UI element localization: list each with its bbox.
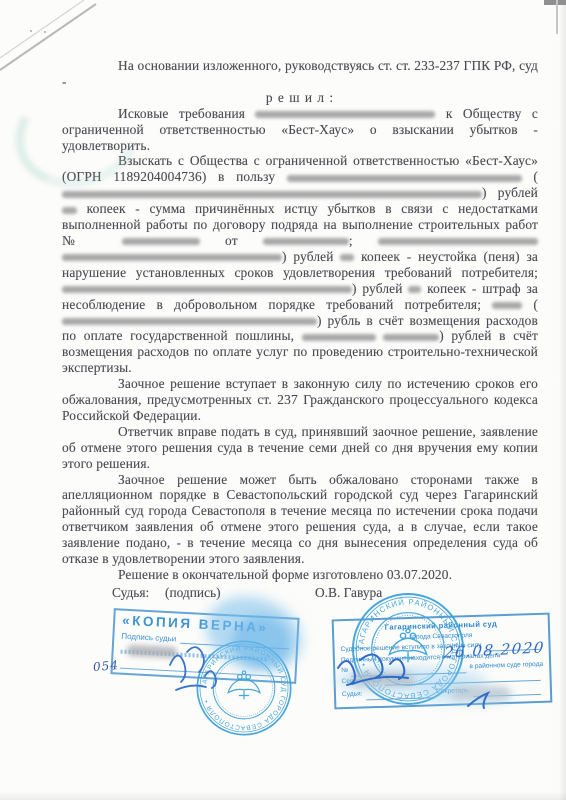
signature-line	[180, 635, 289, 650]
paragraph: Взыскать с Общества с ограниченной ответ…	[62, 153, 538, 376]
redacted-text	[287, 175, 522, 182]
paragraph: Заочное решение вступает в законную силу…	[62, 376, 538, 424]
scanned-court-document-page: На основании изложенного, руководствуясь…	[0, 0, 566, 800]
city-label: Севастополя	[341, 675, 381, 687]
date-line	[120, 660, 288, 678]
redacted-text	[122, 238, 200, 245]
redacted-text	[302, 334, 376, 341]
redacted-text	[62, 286, 352, 293]
paragraph: Решение в окончательной форме изготовлен…	[62, 567, 538, 583]
stamp-secretary-line	[473, 686, 541, 696]
scan-speck	[44, 31, 46, 33]
redacted-text	[383, 334, 439, 341]
copy-certified-stamp: «КОПИЯ ВЕРНА» Подпись судьи	[110, 608, 299, 684]
entered-into-force-stamp: Гагаринский районный суд города Севастоп…	[332, 613, 553, 710]
redacted-text	[263, 238, 349, 245]
scan-edge-mark	[544, 0, 566, 5]
redacted-text	[62, 191, 482, 198]
paragraph: Заочное решение может быть обжаловано ст…	[62, 472, 538, 567]
redacted-text	[408, 286, 421, 293]
redacted-text	[62, 254, 282, 261]
signature-row: Судья: (подпись) О.В. Гавура	[62, 585, 538, 605]
scan-speck	[30, 30, 32, 32]
paragraph: Ответчик вправе подать в суд, принявший …	[62, 424, 538, 472]
copy-stamp-sign-label: Подпись судьи	[121, 632, 176, 644]
signature-note: (подпись)	[165, 585, 221, 601]
stamp-secretary-label: Секретарь:	[436, 686, 470, 698]
redacted-text	[62, 207, 77, 214]
redacted-text	[255, 111, 435, 118]
paragraph: На основании изложенного, руководствуясь…	[62, 58, 538, 90]
stamp-judge-label: Судья:	[342, 690, 363, 701]
judge-name: О.В. Гавура	[315, 585, 382, 601]
case-number-prefix: №	[341, 666, 348, 677]
redacted-text	[378, 238, 538, 245]
scan-edge-line	[556, 0, 558, 34]
redacted-text	[492, 302, 522, 309]
handwritten-copy-number: 054	[92, 658, 119, 674]
judge-label: Судья:	[112, 585, 149, 601]
redacted-text	[62, 318, 317, 325]
redacted-text	[340, 254, 354, 261]
scan-corner-artifact	[0, 0, 120, 90]
stamp-judge-line	[365, 690, 433, 700]
illegible-microtext-line	[120, 650, 268, 662]
